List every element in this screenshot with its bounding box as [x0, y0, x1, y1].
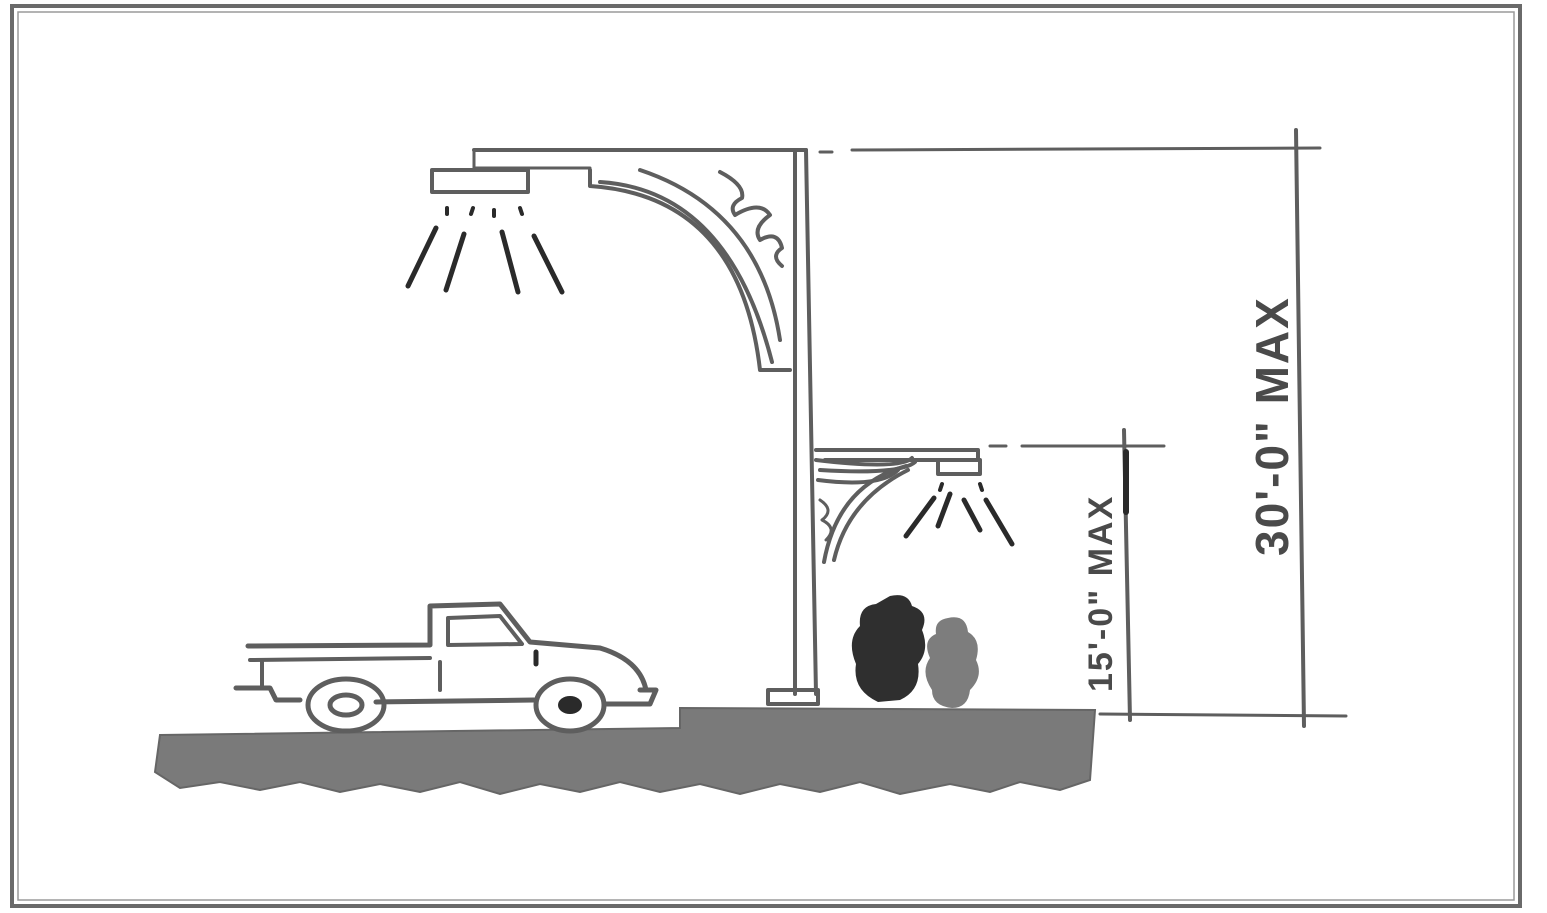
tall-pole-height-label: 30'-0" MAX [1246, 296, 1298, 556]
pedestrian-fixture [938, 460, 980, 474]
pedestrian-light-rays-icon [906, 484, 1012, 544]
shrub-dark [852, 595, 925, 702]
pole-lighting-diagram: 30'-0" MAX 15'-0" MAX [0, 0, 1547, 913]
shrubs [852, 595, 979, 708]
pedestrian-height-label: 15'-0" MAX [1082, 495, 1120, 692]
rear-wheel [308, 679, 384, 731]
tall-light-rays-icon [408, 208, 562, 292]
pickup-truck [236, 604, 656, 731]
tall-light-pole [408, 150, 818, 704]
front-wheel [536, 679, 604, 731]
pedestrian-light-bracket [816, 450, 1012, 562]
tall-pole-bracket [590, 170, 790, 370]
ground [155, 708, 1095, 794]
shrub-light [925, 617, 978, 708]
tall-pole-fixture [432, 170, 528, 192]
